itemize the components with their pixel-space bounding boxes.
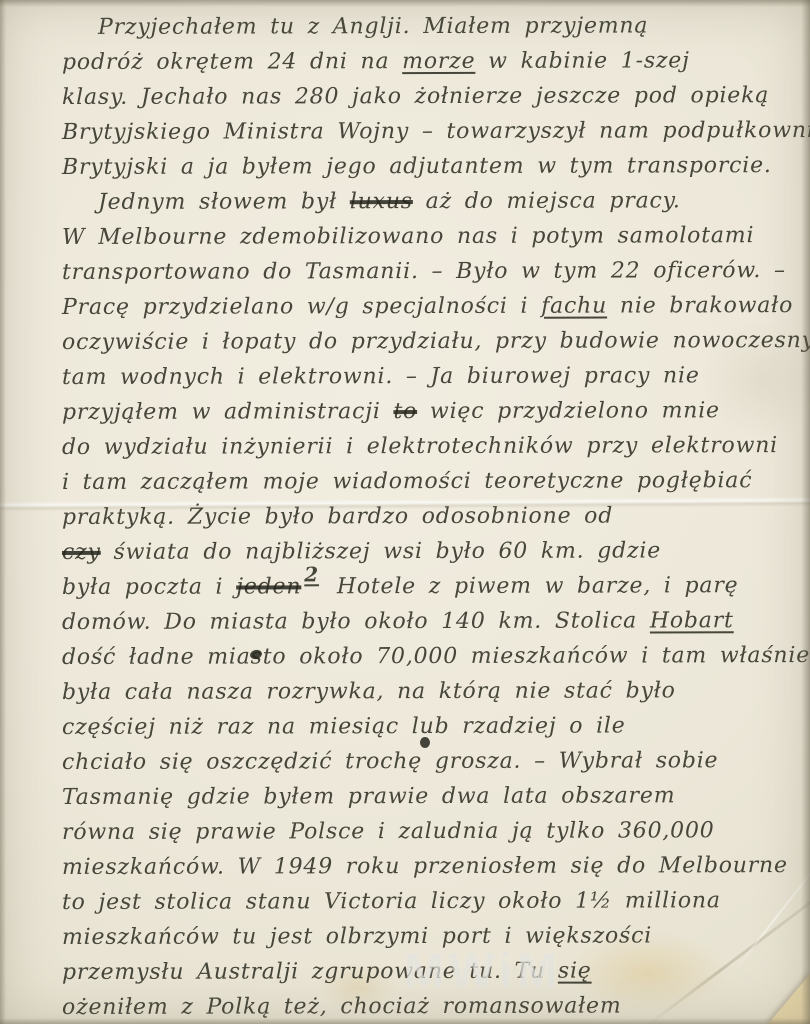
letter-segment: Tasmanię gdzie byłem prawie dwa lata obs… (62, 783, 675, 810)
letter-segment: dość ładne miasto około 70,000 mieszkańc… (62, 643, 810, 670)
letter-segment: praktyką. Życie było bardzo odosobnione … (62, 504, 613, 530)
letter-segment: mieszkańców tu jest olbrzymi port i więk… (62, 923, 652, 950)
letter-line: chciało się oszczędzić trochę grosza. – … (62, 743, 810, 780)
letter-segment: transportowano do Tasmanii. – Było w tym… (62, 258, 786, 285)
letter-line: W Melbourne zdemobilizowano nas i potym … (62, 218, 810, 255)
letter-line: mieszkańców tu jest olbrzymi port i więk… (62, 918, 810, 955)
letter-line: Tasmanię gdzie byłem prawie dwa lata obs… (62, 778, 810, 815)
letter-segment: Przyjechałem tu z Anglji. Miałem przyjem… (98, 13, 648, 39)
letter-line: przyjąłem w administracji to więc przydz… (62, 393, 810, 430)
letter-line: transportowano do Tasmanii. – Było w tym… (62, 253, 810, 290)
letter-line: przemysłu Australji zgrupowane tu. Tu si… (62, 953, 810, 990)
letter-line: i tam zacząłem moje wiadomości teoretycz… (62, 463, 810, 500)
letter-segment: Jednym słowem był (98, 189, 350, 215)
letter-segment: więc przydzielono mnie (417, 398, 720, 424)
letter-segment: i tam zacząłem moje wiadomości teoretycz… (62, 468, 752, 495)
letter-line: mieszkańców. W 1949 roku przeniosłem się… (62, 848, 810, 885)
letter-segment-blot: to (393, 399, 417, 424)
letter-line: Brytyjskiego Ministra Wojny – towarzyszy… (62, 113, 810, 150)
letter-segment: Brytyjskiego Ministra Wojny – towarzyszy… (62, 118, 810, 145)
letter-line: domów. Do miasta było około 140 km. Stol… (62, 603, 810, 640)
letter-segment: nie brakowało (607, 293, 793, 318)
letter-segment: przemysłu Australji zgrupowane tu. Tu (62, 959, 558, 985)
scan-edge-left (0, 0, 6, 1024)
letter-segment: mieszkańców. W 1949 roku przeniosłem się… (62, 853, 788, 880)
letter-lines: Przyjechałem tu z Anglji. Miałem przyjem… (62, 9, 810, 1024)
letter-segment: do wydziału inżynierii i elektrotechnikó… (62, 433, 778, 460)
letter-segment-u: fachu (541, 294, 607, 319)
letter-segment: W Melbourne zdemobilizowano nas i potym … (62, 223, 754, 250)
letter-segment: w kabinie 1-szej (475, 48, 689, 74)
letter-segment-blot: luxus (350, 189, 413, 214)
letter-segment-blot: jeden (236, 574, 301, 599)
folded-corner (768, 974, 810, 1024)
letter-line: dość ładne miasto około 70,000 mieszkańc… (62, 638, 810, 675)
letter-line: była poczta i jeden2 Hotele z piwem w ba… (62, 568, 810, 605)
letter-segment: tam wodnych i elektrowni. – Ja biurowej … (62, 363, 700, 390)
scanned-letter-page: Przyjechałem tu z Anglji. Miałem przyjem… (0, 0, 810, 1024)
letter-segment: oczywiście i łopaty do przydziału, przy … (62, 328, 810, 355)
letter-line: Pracę przydzielano w/g specjalności i fa… (62, 288, 810, 325)
letter-line: to jest stolica stanu Victoria liczy oko… (62, 883, 810, 920)
letter-segment: Pracę przydzielano w/g specjalności i (62, 294, 541, 320)
letter-line: oczywiście i łopaty do przydziału, przy … (62, 323, 810, 360)
letter-line: częściej niż raz na miesiąc lub rzadziej… (62, 708, 810, 745)
letter-line: do wydziału inżynierii i elektrotechnikó… (62, 428, 810, 465)
letter-segment: podróż okrętem 24 dni na (62, 49, 402, 75)
letter-segment-u: morze (402, 49, 475, 74)
letter-segment: Brytyjski a ja byłem jego adjutantem w t… (62, 153, 772, 180)
letter-segment: była cała nasza rozrywka, na którą nie s… (62, 678, 676, 705)
letter-line: Brytyjski a ja byłem jego adjutantem w t… (62, 148, 810, 185)
letter-segment: domów. Do miasta było około 140 km. Stol… (62, 608, 650, 635)
letter-line: Jednym słowem był luxus aż do miejsca pr… (62, 183, 810, 220)
letter-segment: częściej niż raz na miesiąc lub rzadziej… (62, 714, 626, 740)
letter-segment-blot: czy (62, 540, 101, 565)
letter-line: była cała nasza rozrywka, na którą nie s… (62, 673, 810, 710)
scan-edge-top (0, 0, 810, 7)
letter-line: czy świata do najbliższej wsi było 60 km… (62, 533, 810, 570)
letter-segment-u: się (558, 959, 592, 984)
letter-segment: klasy. Jechało nas 280 jako żołnierze je… (62, 83, 769, 110)
letter-line: podróż okrętem 24 dni na morze w kabinie… (62, 43, 810, 80)
letter-segment: przyjąłem w administracji (62, 399, 394, 425)
letter-line: praktyką. Życie było bardzo odosobnione … (62, 498, 810, 535)
letter-line: Przyjechałem tu z Anglji. Miałem przyjem… (62, 8, 810, 45)
letter-segment-u: Hobart (650, 608, 734, 633)
letter-segment: ożeniłem z Polką też, chociaż romansował… (62, 994, 622, 1020)
letter-segment: aż do miejsca pracy. (413, 188, 681, 214)
letter-segment: to jest stolica stanu Victoria liczy oko… (62, 888, 721, 915)
letter-segment: była poczta i (62, 575, 236, 600)
letter-segment-sup: 2 (304, 557, 319, 592)
letter-segment: chciało się oszczędzić trochę grosza. – … (62, 748, 718, 775)
letter-line: klasy. Jechało nas 280 jako żołnierze je… (62, 78, 810, 115)
letter-line: równa się prawie Polsce i zaludnia ją ty… (62, 813, 810, 850)
letter-segment: świata do najbliższej wsi było 60 km. gd… (101, 538, 661, 564)
letter-segment: Hotele z piwem w barze, i parę (324, 573, 739, 599)
letter-line: tam wodnych i elektrowni. – Ja biurowej … (62, 358, 810, 395)
letter-segment: równa się prawie Polsce i zaludnia ją ty… (62, 818, 715, 845)
letter-line: ożeniłem z Polką też, chociaż romansował… (62, 988, 810, 1024)
